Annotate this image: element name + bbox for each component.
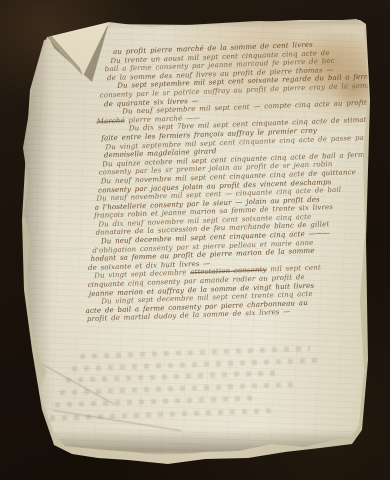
show-through-line xyxy=(60,382,300,395)
show-through-line xyxy=(50,408,275,421)
paper-edge-shading xyxy=(40,18,370,28)
photo-background: au profit pierre marché de la somme de c… xyxy=(0,0,390,480)
show-through-line xyxy=(80,346,310,359)
manuscript-text: au profit pierre marché de la somme de c… xyxy=(58,39,380,325)
show-through-line xyxy=(72,358,322,372)
struck-text: Marché xyxy=(96,116,124,125)
show-through-line xyxy=(55,396,255,408)
show-through-line xyxy=(66,370,281,383)
manuscript-page: au profit pierre marché de la somme de c… xyxy=(0,0,390,480)
